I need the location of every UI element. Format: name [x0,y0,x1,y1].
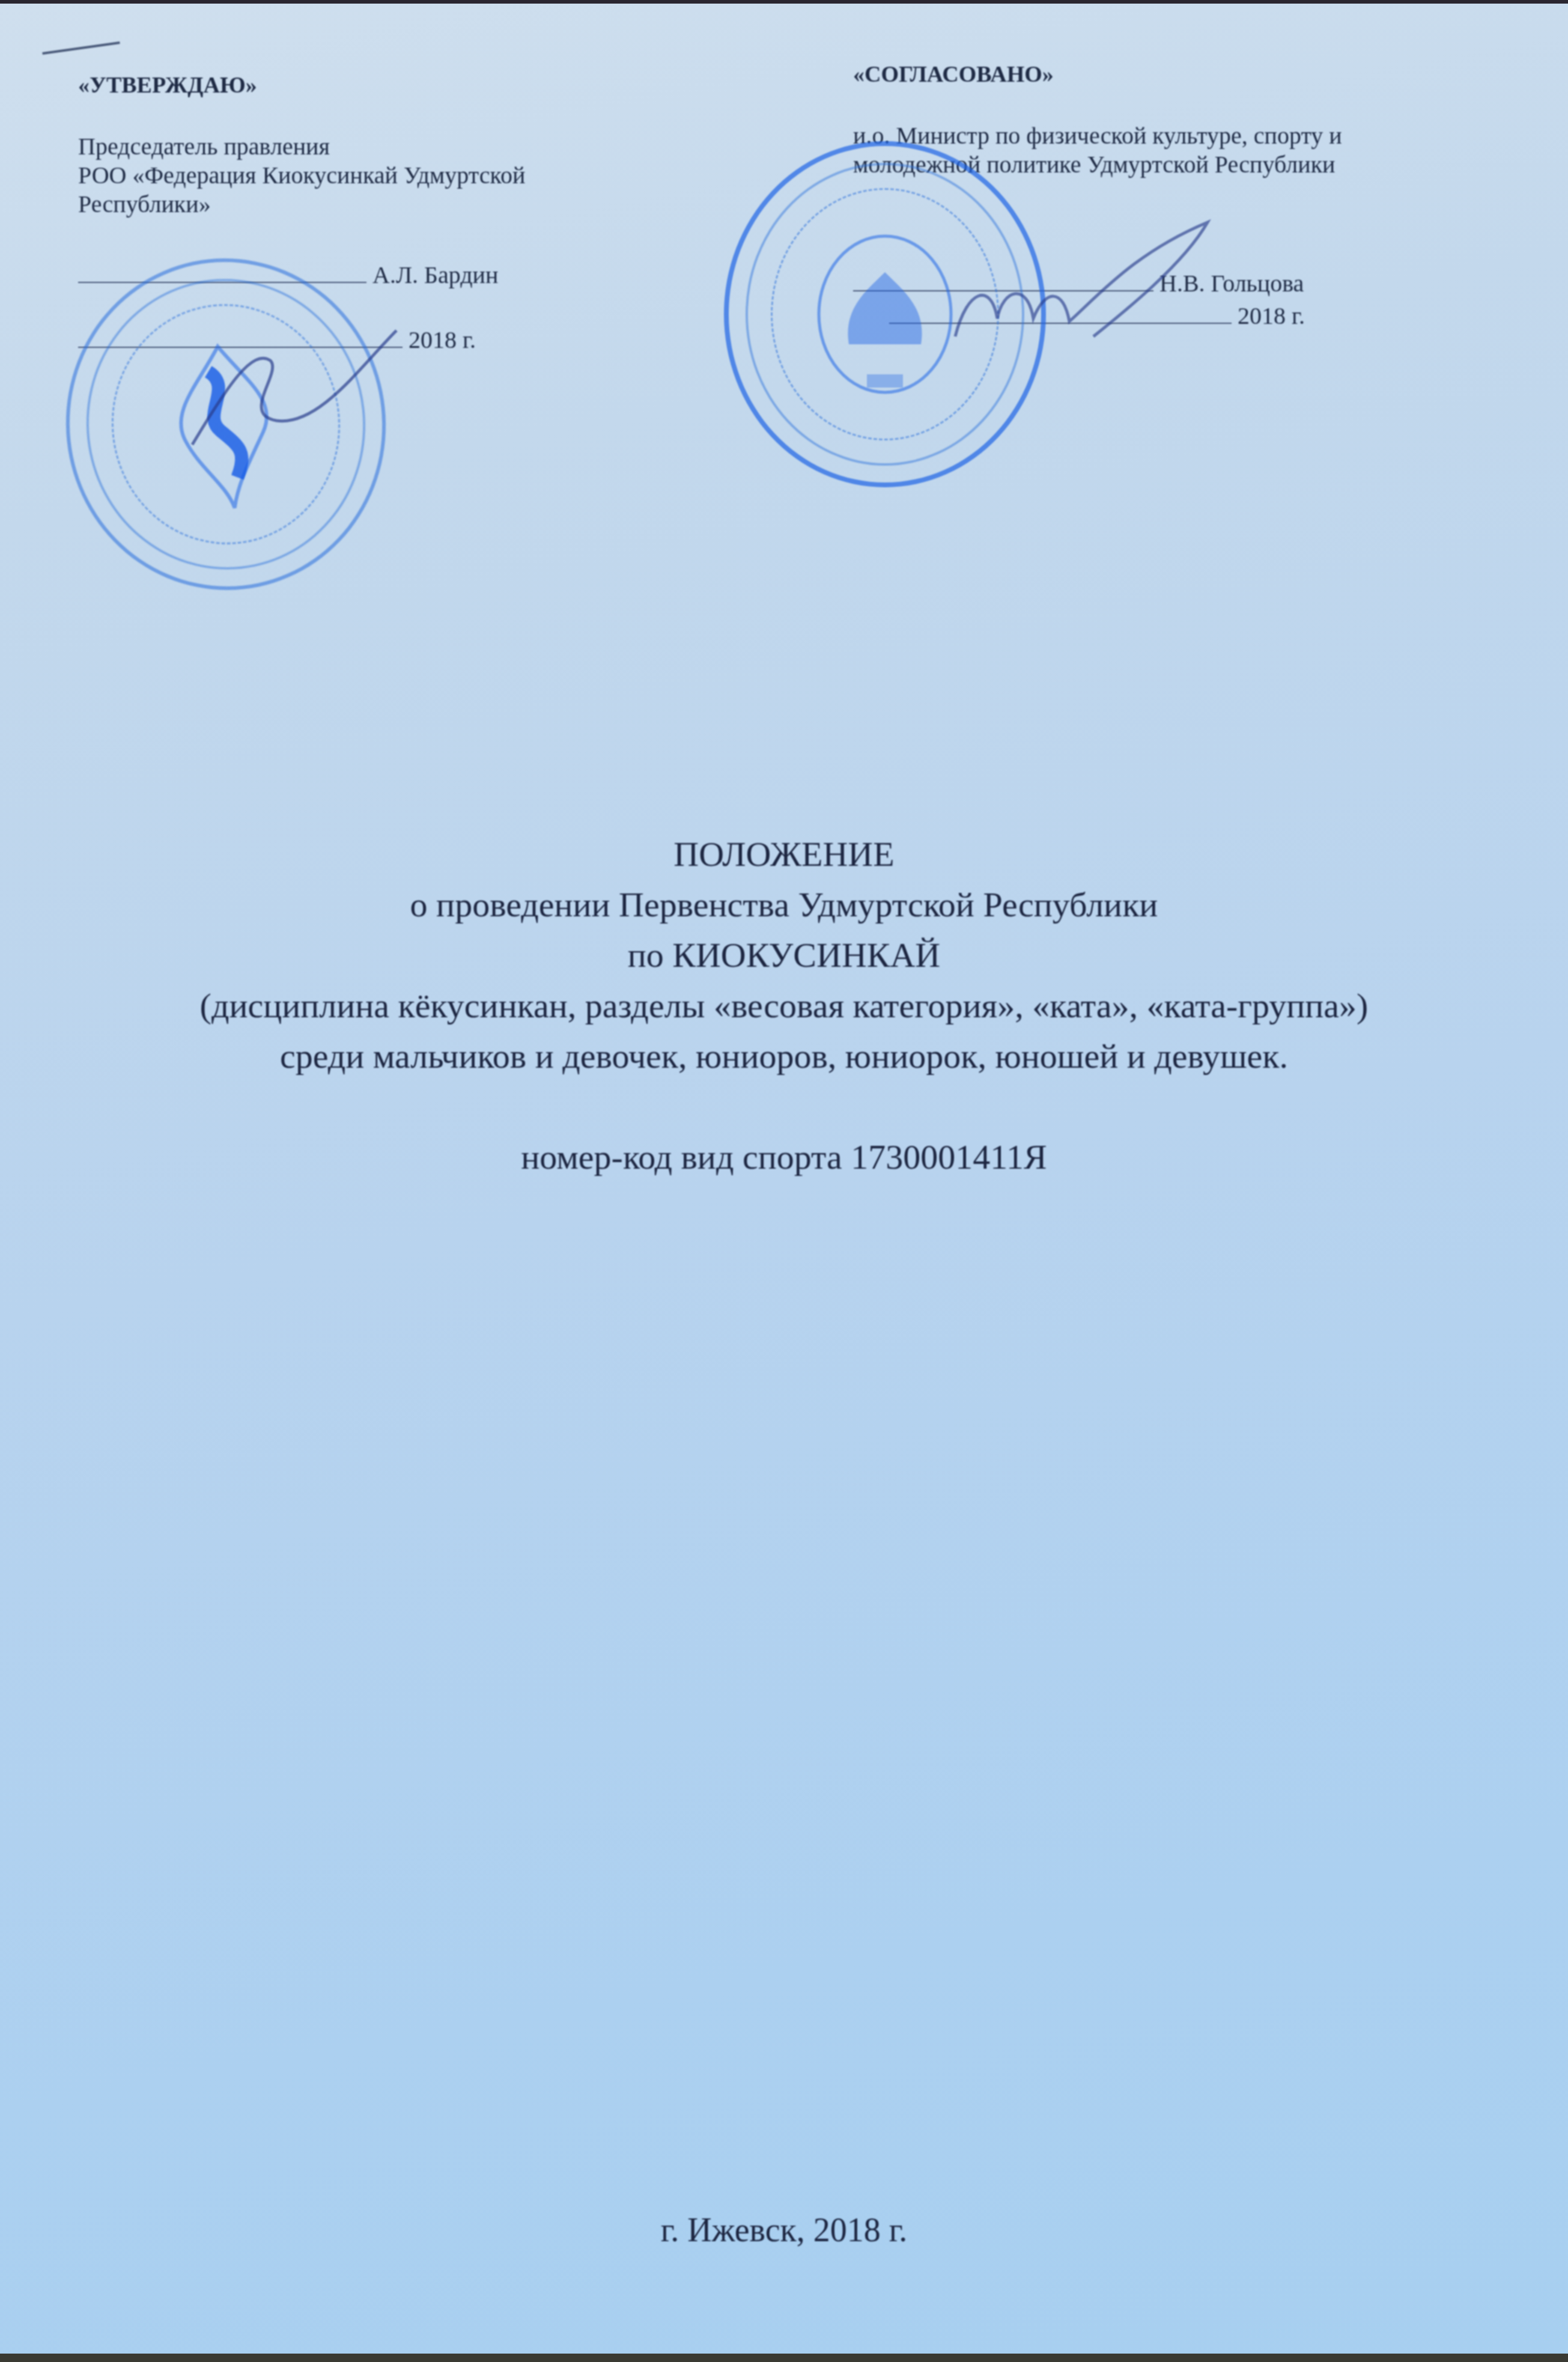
document-title-block: ПОЛОЖЕНИЕ о проведении Первенства Удмурт… [0,829,1568,1183]
title-line-3: (дисциплина кёкусинкан, разделы «весовая… [0,981,1568,1031]
title-line-1: о проведении Первенства Удмуртской Респу… [0,880,1568,930]
agreement-position-line1: и.о. Министр по физической культуре, спо… [853,121,1544,150]
approval-position-line3: Республики» [78,190,679,219]
approval-signatory: А.Л. Бардин [372,261,498,288]
pen-mark [42,41,120,55]
document-type: ПОЛОЖЕНИЕ [0,829,1568,880]
sport-code-line: номер-код вид спорта 1730001411Я [0,1132,1568,1183]
bardin-signature-icon [180,312,409,469]
approval-date: 2018 г. [409,326,476,353]
approval-position-line2: РОО «Федерация Киокусинкай Удмуртской [78,161,679,190]
coat-of-arms-icon [807,224,963,404]
title-line-4: среди мальчиков и девочек, юниоров, юнио… [0,1031,1568,1082]
title-line-2: по КИОКУСИНКАЙ [0,930,1568,981]
page-top-edge [0,0,1568,4]
agreement-date: 2018 г. [1238,302,1305,329]
approval-heading: «УТВЕРЖДАЮ» [78,71,679,100]
page-bottom-edge [0,2354,1568,2362]
goltsova-signature-icon [943,216,1232,361]
approval-position-line1: Председатель правления [78,132,679,161]
city-year-footer: г. Ижевск, 2018 г. [0,2211,1568,2250]
agreement-heading: «СОГЛАСОВАНО» [853,60,1544,89]
